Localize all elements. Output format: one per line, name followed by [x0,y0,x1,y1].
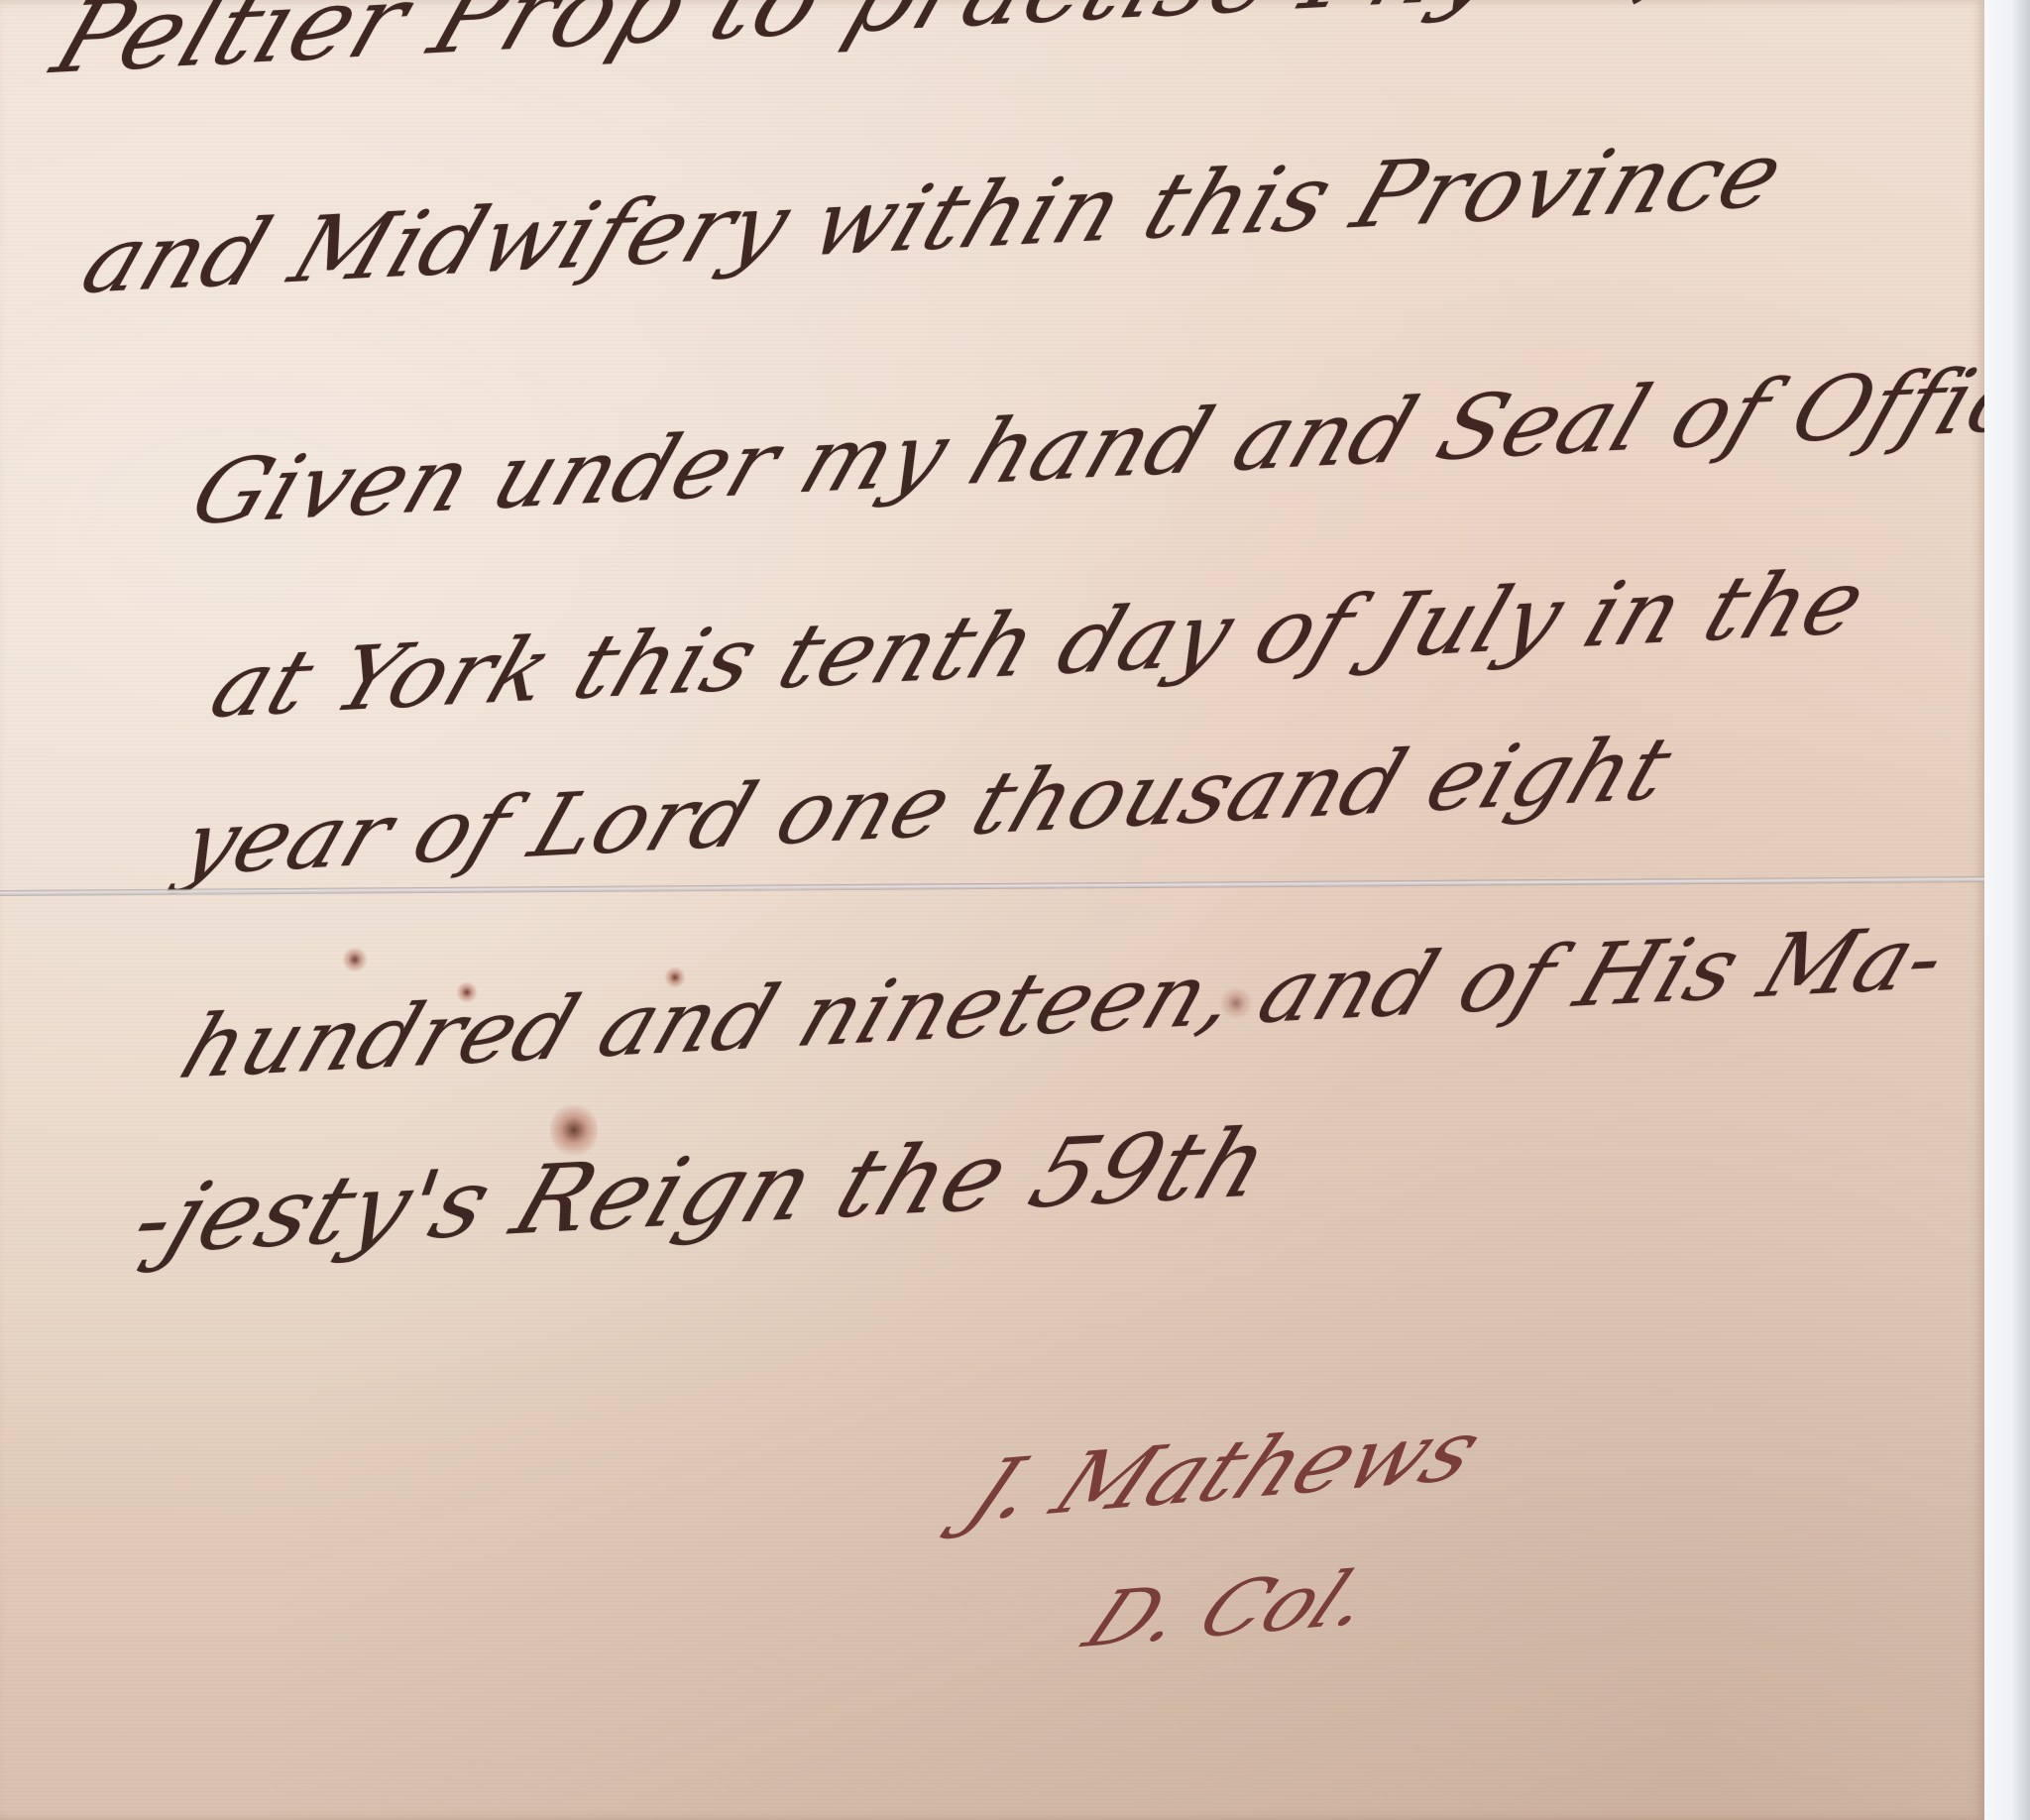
handwritten-line-5: year of Lord one thousand eight [169,717,1685,895]
handwritten-line-3: Given under my hand and Seal of Office [178,345,2030,545]
foxing-stain [1219,986,1253,1020]
handwritten-line-4: at York this tenth day of July in the [198,550,1879,739]
handwritten-line-7: -jesty's Reign the 59th [119,1107,1285,1276]
handwritten-line-2: and Midwifery within this Province [69,122,1798,314]
signature-name: J. Mathews [952,1402,1499,1541]
foxing-stain [342,947,368,972]
photo-frame: Peltier Prop to practise Physic, and Mid… [0,0,2030,1820]
foxing-stain [550,1100,598,1160]
signature-title: D. Col. [1071,1553,1390,1665]
foxing-stain [456,981,478,1003]
foxing-stain [664,967,686,988]
handwritten-line-1: Peltier Prop to practise Physic, [40,0,1699,96]
document-paper: Peltier Prop to practise Physic, and Mid… [0,0,1986,1820]
frame-mat-edge [1984,0,2030,1820]
handwritten-line-6: hundred and nineteen, and of His Ma- [169,906,1961,1098]
